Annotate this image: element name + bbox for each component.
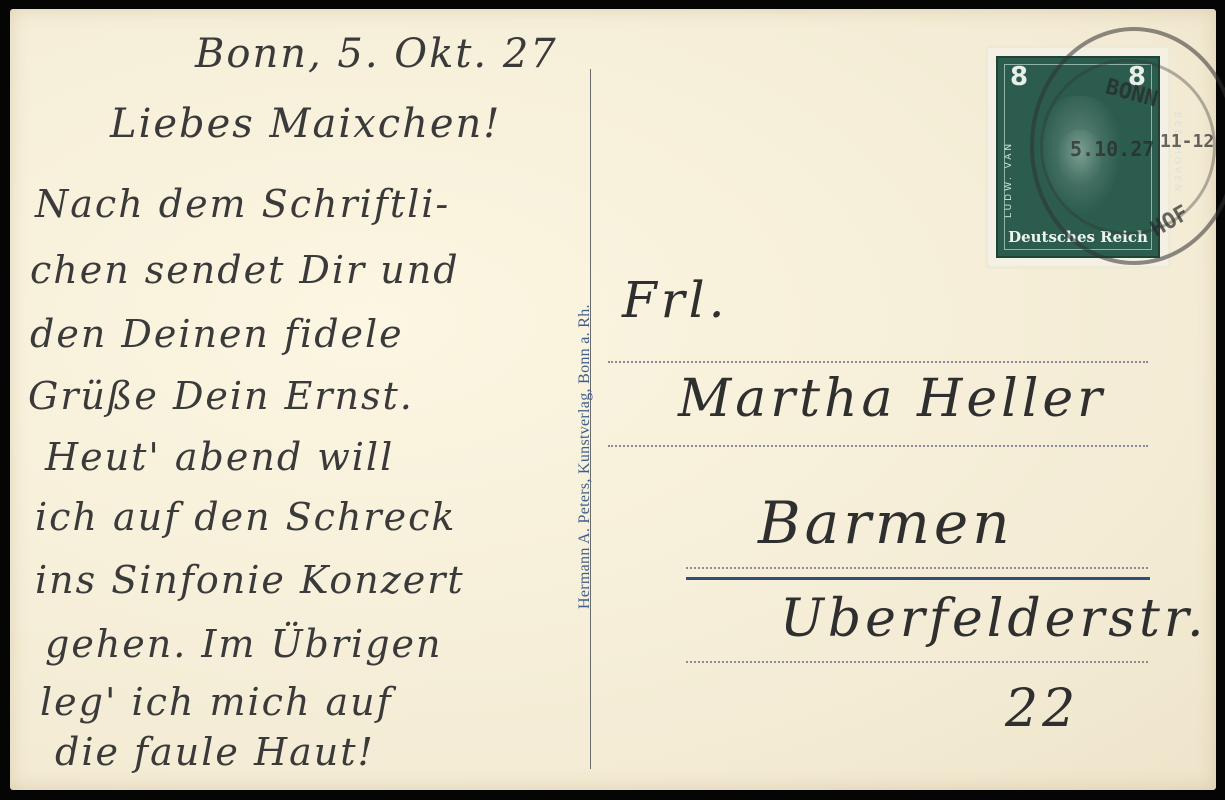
salutation: Liebes Maixchen!	[110, 101, 501, 147]
message-line: ich auf den Schreck	[35, 494, 456, 541]
address-line-3	[686, 567, 1148, 569]
message-line: Heut' abend will	[45, 434, 394, 481]
message-line: leg' ich mich auf	[40, 679, 393, 726]
message-line: ins Sinfonie Konzert	[35, 557, 465, 604]
address-line-2	[608, 445, 1148, 447]
postmark-date: 5.10.27	[1070, 137, 1154, 161]
message-line: Grüße Dein Ernst.	[28, 373, 414, 420]
message-line: chen sendet Dir und	[30, 247, 460, 294]
postmark-time: 11-12 V	[1160, 131, 1225, 152]
address-street: Uberfelderstr.	[780, 589, 1208, 649]
stamp-value-left: 8	[1010, 62, 1028, 92]
address-line-4	[686, 661, 1148, 663]
message-line: Nach dem Schriftli-	[35, 181, 450, 228]
address-city: Barmen	[758, 489, 1014, 557]
address-name: Martha Heller	[678, 369, 1106, 429]
address-line-1	[608, 361, 1148, 363]
city-underline	[686, 577, 1150, 580]
stamp-text-left: LUDW. VAN	[1004, 141, 1014, 218]
address-number: 22	[1005, 679, 1079, 739]
address-title: Frl.	[622, 271, 728, 329]
dateline: Bonn, 5. Okt. 27	[195, 31, 558, 77]
postcard-back: Bonn, 5. Okt. 27 Liebes Maixchen! Nach d…	[10, 9, 1216, 790]
publisher-imprint: Hermann A. Peters, Kunstverlag, Bonn a. …	[576, 304, 594, 609]
message-line: die faule Haut!	[55, 729, 375, 776]
message-line: gehen. Im Übrigen	[45, 621, 443, 668]
message-line: den Deinen fidele	[30, 311, 404, 358]
